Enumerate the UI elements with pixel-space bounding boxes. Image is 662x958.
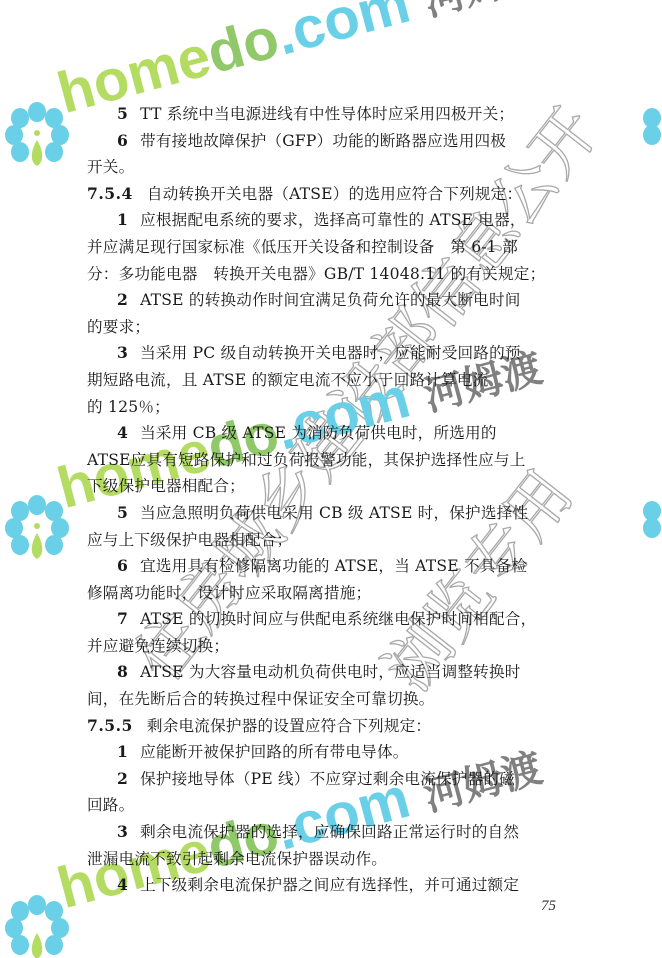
line-text: 当采用 PC 级自动转换开关电器时，应能耐受回路的预 <box>140 344 521 362</box>
line-text: 应根据配电系统的要求，选择高可靠性的 ATSE 电器， <box>140 211 526 229</box>
text-line: 分：多功能电器 转换开关电器》GB/T 14048.11 的有关规定； <box>87 261 577 288</box>
item-number: 6 <box>117 556 128 575</box>
homedo-flower-icon <box>640 100 662 170</box>
line-text: 并应避免连续切换； <box>87 637 229 655</box>
item-number: 8 <box>117 662 128 681</box>
item-number: 4 <box>117 875 128 894</box>
line-text: 上下级剩余电流保护器之间应有选择性，并可通过额定 <box>140 876 519 894</box>
homedo-flower-icon <box>2 100 72 170</box>
text-line: 下级保护电器相配合； <box>87 473 577 500</box>
list-item: 7ATSE 的切换时间应与供配电系统继电保护时间相配合， <box>87 606 577 633</box>
line-text: 并应满足现行国家标准《低压开关设备和控制设备 第 6-1 部 <box>87 238 518 256</box>
text-line: 的要求； <box>87 314 577 341</box>
line-text: 的 125％； <box>87 398 170 416</box>
line-text: 间，在先断后合的转换过程中保证安全可靠切换。 <box>87 690 434 708</box>
list-item: 4上下级剩余电流保护器之间应有选择性，并可通过额定 <box>87 872 577 899</box>
homedo-flower-icon <box>640 493 662 563</box>
text-line: 开关。 <box>87 154 577 181</box>
document-page: 住房城乡建设部信息公开 浏览专用 <box>0 0 662 958</box>
list-item: 5TT 系统中当电源进线有中性导体时应采用四极开关； <box>87 101 577 128</box>
item-number: 4 <box>117 423 128 442</box>
line-text: 保护接地导体（PE 线）不应穿过剩余电流保护器的磁 <box>140 770 515 788</box>
line-text: 当应急照明负荷供电采用 CB 级 ATSE 时，保护选择性 <box>140 504 528 522</box>
line-text: 当采用 CB 级 ATSE 为消防负荷供电时，所选用的 <box>140 424 497 442</box>
line-text: 期短路电流，且 ATSE 的额定电流不应小于回路计算电流 <box>87 371 488 389</box>
list-item: 8ATSE 为大容量电动机负荷供电时，应适当调整转换时 <box>87 659 577 686</box>
list-item: 6带有接地故障保护（GFP）功能的断路器应选用四极 <box>87 128 577 155</box>
item-number: 1 <box>117 210 128 229</box>
section-heading: 7.5.5剩余电流保护器的设置应符合下列规定： <box>87 713 577 740</box>
list-item: 3剩余电流保护器的选择，应确保回路正常运行时的自然 <box>87 819 577 846</box>
text-line: ATSE应具有短路保护和过负荷报警功能，其保护选择性应与上 <box>87 447 577 474</box>
list-item: 1应能断开被保护回路的所有带电导体。 <box>87 739 577 766</box>
line-text: ATSE 为大容量电动机负荷供电时，应适当调整转换时 <box>140 663 521 681</box>
section-heading: 7.5.4自动转换开关电器（ATSE）的选用应符合下列规定： <box>87 181 577 208</box>
line-text: 下级保护电器相配合； <box>87 477 245 495</box>
page-number: 75 <box>541 898 556 915</box>
document-body: 5TT 系统中当电源进线有中性导体时应采用四极开关；6带有接地故障保护（GFP）… <box>87 101 577 899</box>
line-text: 剩余电流保护器的选择，应确保回路正常运行时的自然 <box>140 823 519 841</box>
line-text: 应与上下级保护电器相配合； <box>87 531 292 549</box>
item-number: 2 <box>117 769 128 788</box>
line-text: 应能断开被保护回路的所有带电导体。 <box>140 743 409 761</box>
section-number: 7.5.5 <box>87 716 133 735</box>
list-item: 5当应急照明负荷供电采用 CB 级 ATSE 时，保护选择性 <box>87 500 577 527</box>
text-line: 应与上下级保护电器相配合； <box>87 527 577 554</box>
text-line: 的 125％； <box>87 394 577 421</box>
text-line: 期短路电流，且 ATSE 的额定电流不应小于回路计算电流 <box>87 367 577 394</box>
homedo-flower-icon <box>2 893 72 958</box>
text-line: 泄漏电流不致引起剩余电流保护器误动作。 <box>87 846 577 873</box>
list-item: 2ATSE 的转换动作时间宜满足负荷允许的最大断电时间 <box>87 287 577 314</box>
item-number: 6 <box>117 131 128 150</box>
text-line: 修隔离功能时，设计时应采取隔离措施； <box>87 580 577 607</box>
line-text: ATSE 的转换动作时间宜满足负荷允许的最大断电时间 <box>140 291 521 309</box>
list-item: 6宜选用具有检修隔离功能的 ATSE，当 ATSE 不具备检 <box>87 553 577 580</box>
item-number: 2 <box>117 290 128 309</box>
line-text: 泄漏电流不致引起剩余电流保护器误动作。 <box>87 850 387 868</box>
text-line: 并应满足现行国家标准《低压开关设备和控制设备 第 6-1 部 <box>87 234 577 261</box>
text-line: 并应避免连续切换； <box>87 633 577 660</box>
text-line: 间，在先断后合的转换过程中保证安全可靠切换。 <box>87 686 577 713</box>
line-text: 修隔离功能时，设计时应采取隔离措施； <box>87 584 371 602</box>
line-text: 宜选用具有检修隔离功能的 ATSE，当 ATSE 不具备检 <box>140 557 527 575</box>
line-text: 带有接地故障保护（GFP）功能的断路器应选用四极 <box>140 132 506 150</box>
item-number: 5 <box>117 104 128 123</box>
text-line: 回路。 <box>87 792 577 819</box>
line-text: ATSE 的切换时间应与供配电系统继电保护时间相配合， <box>140 610 536 628</box>
item-number: 3 <box>117 343 128 362</box>
line-text: 开关。 <box>87 158 134 176</box>
item-number: 3 <box>117 822 128 841</box>
line-text: 回路。 <box>87 796 134 814</box>
line-text: ATSE应具有短路保护和过负荷报警功能，其保护选择性应与上 <box>87 451 526 469</box>
item-number: 1 <box>117 742 128 761</box>
line-text: TT 系统中当电源进线有中性导体时应采用四极开关； <box>140 105 514 123</box>
item-number: 5 <box>117 503 128 522</box>
list-item: 2保护接地导体（PE 线）不应穿过剩余电流保护器的磁 <box>87 766 577 793</box>
item-number: 7 <box>117 609 128 628</box>
line-text: 剩余电流保护器的设置应符合下列规定： <box>147 717 431 735</box>
homedo-flower-icon <box>2 493 72 563</box>
list-item: 3当采用 PC 级自动转换开关电器时，应能耐受回路的预 <box>87 340 577 367</box>
line-text: 自动转换开关电器（ATSE）的选用应符合下列规定： <box>147 185 522 203</box>
list-item: 4当采用 CB 级 ATSE 为消防负荷供电时，所选用的 <box>87 420 577 447</box>
section-number: 7.5.4 <box>87 184 133 203</box>
list-item: 1应根据配电系统的要求，选择高可靠性的 ATSE 电器， <box>87 207 577 234</box>
line-text: 的要求； <box>87 318 150 336</box>
line-text: 分：多功能电器 转换开关电器》GB/T 14048.11 的有关规定； <box>87 265 545 283</box>
